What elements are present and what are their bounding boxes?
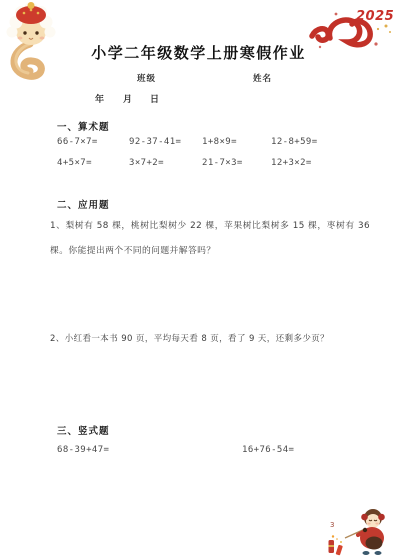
arithmetic-row-2: 4+5×7= 3×7+2= 21-7×3= 12+3×2= (57, 158, 387, 168)
word-problem-2: 2、小红看一本书 90 页，平均每天看 8 页，看了 9 天，还剩多少页？ (50, 327, 370, 351)
section-heading-word-problems: 二、应用题 (57, 197, 110, 211)
page-title: 小学二年级数学上册寒假作业 (0, 42, 397, 63)
section-heading-vertical: 三、竖式题 (57, 423, 110, 437)
equation: 3×7+2= (129, 158, 202, 168)
vertical-problem-right: 16+76-54= (242, 445, 294, 455)
arithmetic-row-1: 66-7×7= 92-37-41= 1+8×9= 12-8+59= (57, 137, 387, 147)
date-day-label: 日 (150, 92, 159, 105)
date-year-label: 年 (95, 92, 104, 105)
vertical-problem-left: 68-39+47= (57, 445, 109, 455)
page-number: 3 (330, 521, 334, 529)
equation: 66-7×7= (57, 137, 129, 147)
equation: 12-8+59= (271, 137, 387, 147)
equation: 1+8×9= (202, 137, 271, 147)
date-month-label: 月 (123, 92, 132, 105)
equation: 4+5×7= (57, 158, 129, 168)
class-label: 班级 (137, 72, 156, 84)
equation: 21-7×3= (202, 158, 271, 168)
equation: 92-37-41= (129, 137, 202, 147)
name-label: 姓名 (253, 72, 272, 84)
equation: 12+3×2= (271, 158, 387, 168)
year-2025-text: 2025 (356, 9, 394, 24)
section-heading-arithmetic: 一、算术题 (57, 119, 110, 133)
word-problem-1: 1、梨树有 58 棵，桃树比梨树少 22 棵，苹果树比梨树多 15 棵，枣树有 … (50, 214, 370, 264)
child-firecracker-mascot-icon (325, 505, 397, 560)
